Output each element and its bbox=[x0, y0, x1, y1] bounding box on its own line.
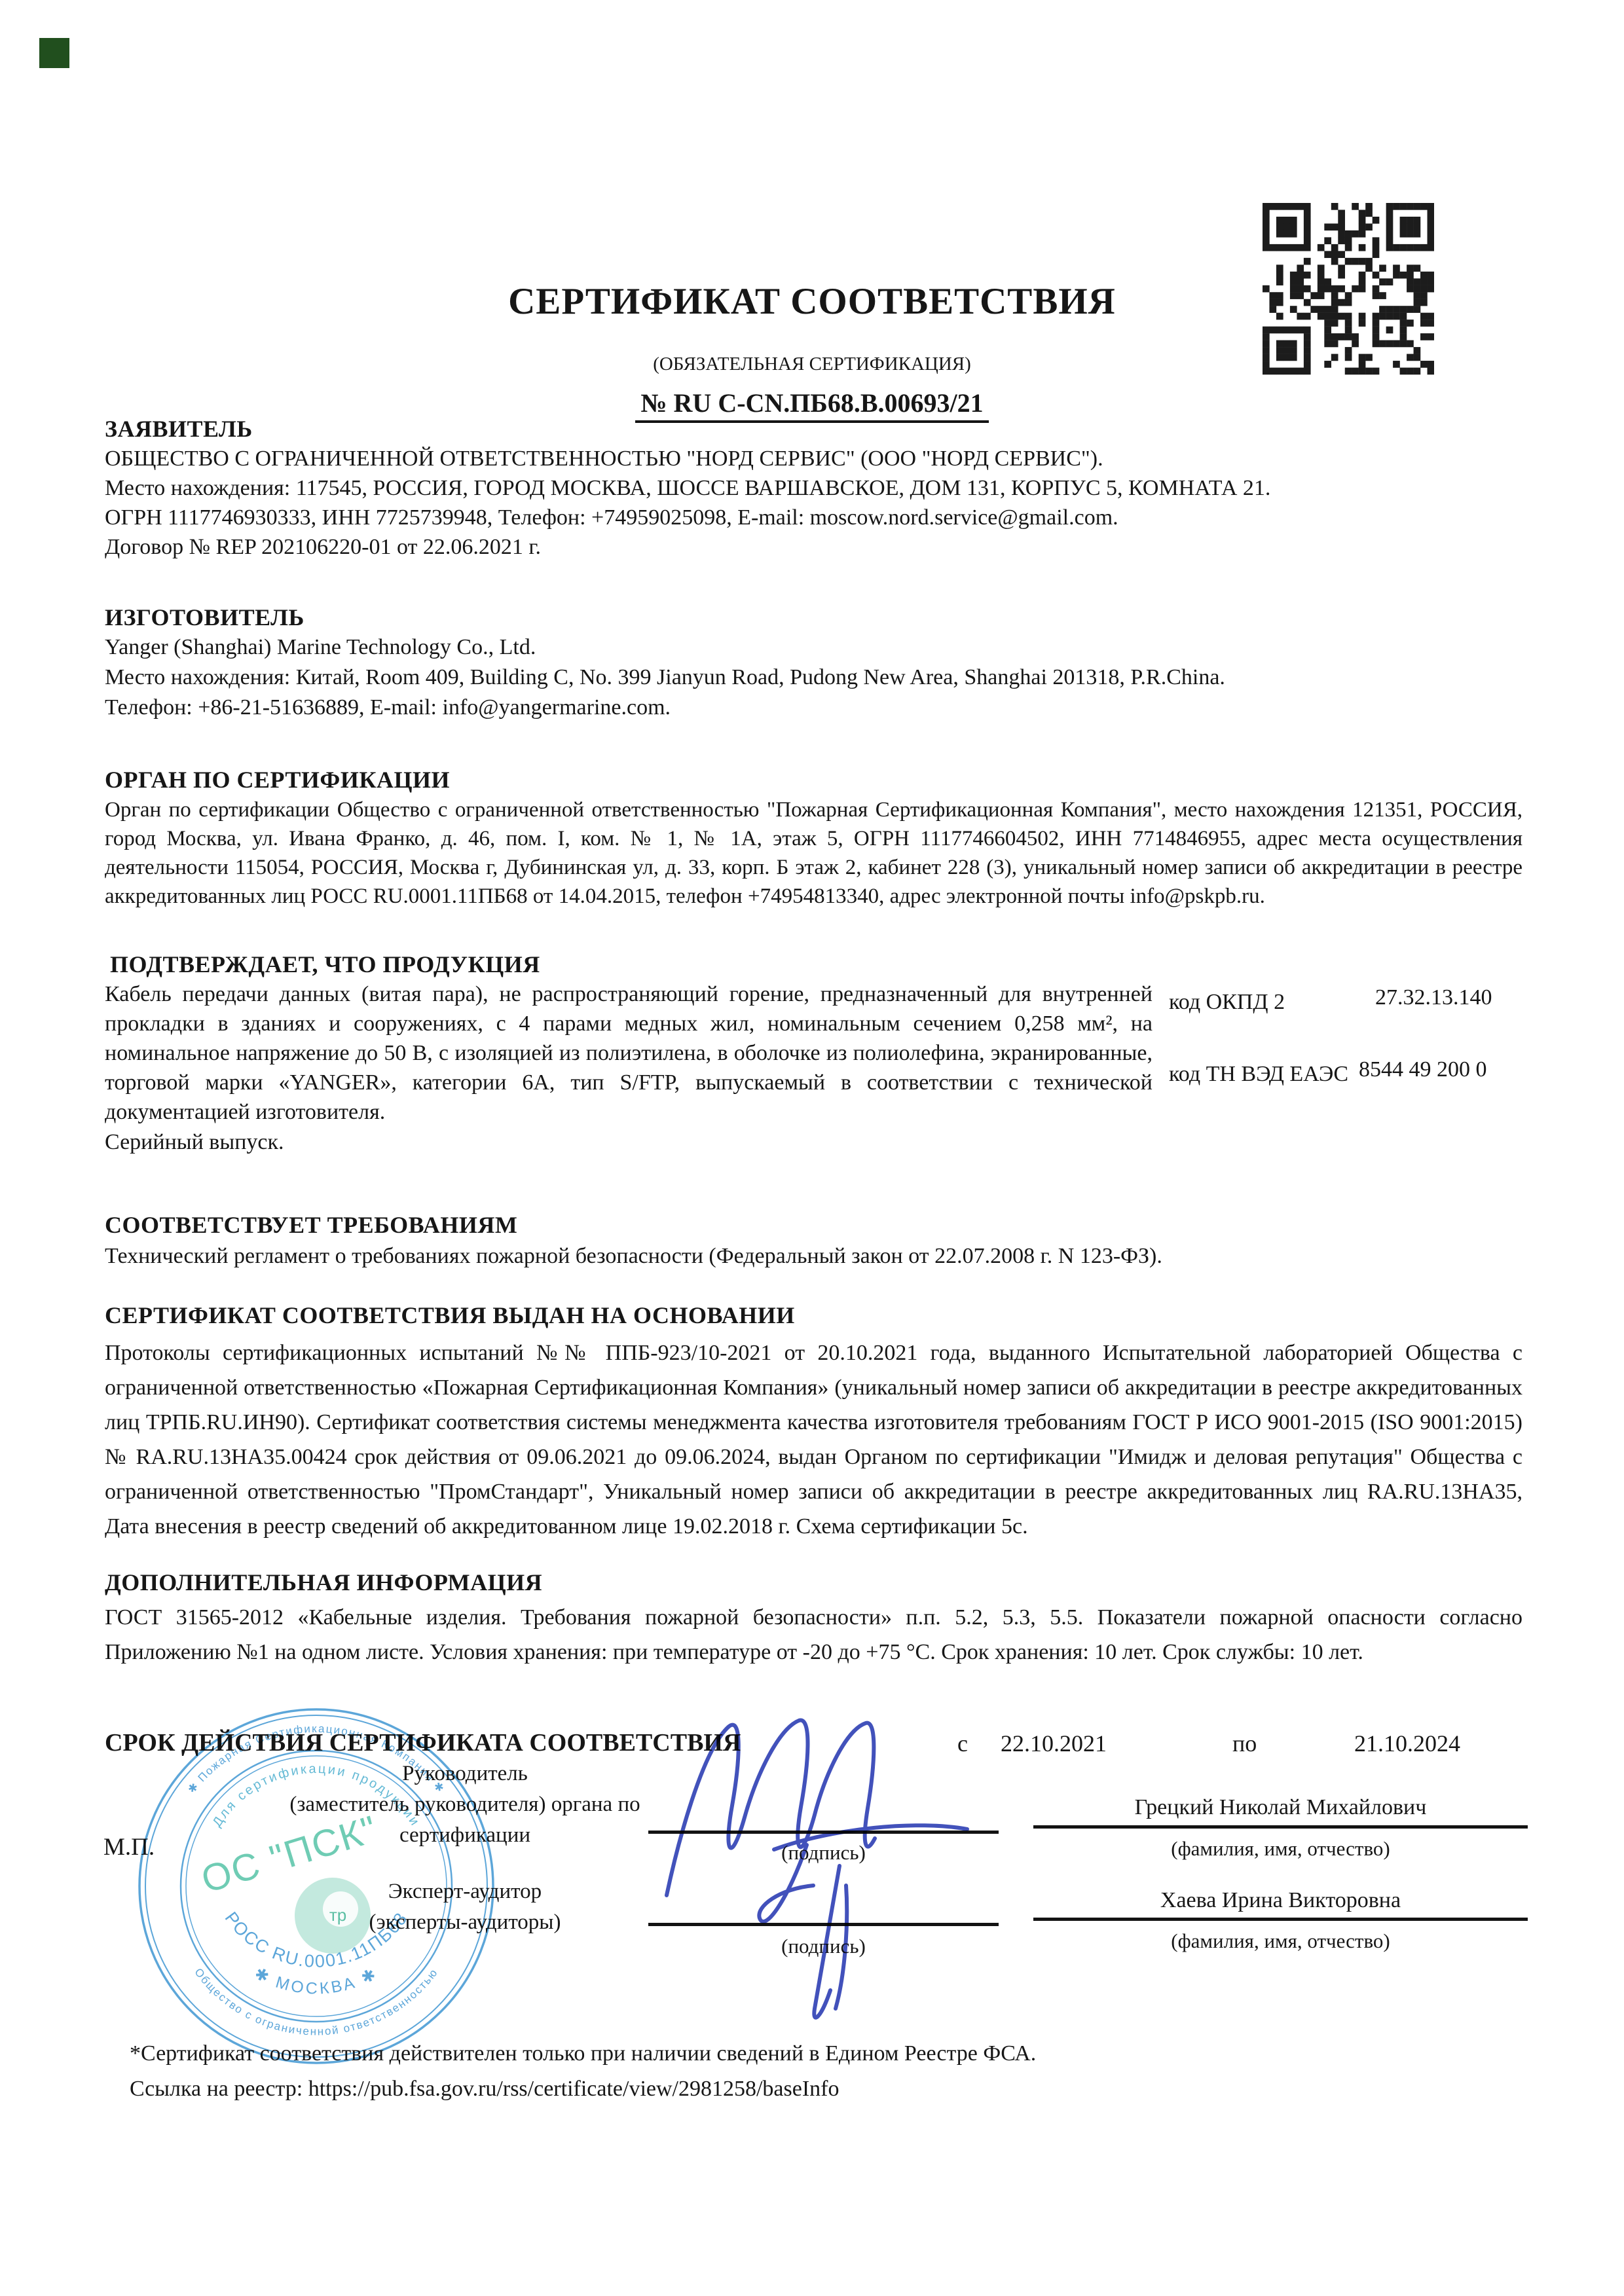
svg-text:Общество с ограниченной ответс: Общество с ограниченной ответственностью bbox=[192, 1966, 440, 2038]
validity-to-label: по bbox=[1232, 1730, 1257, 1757]
product-description: Кабель передачи данных (витая пара), не … bbox=[105, 979, 1153, 1127]
stamp-emblem-letters: тр bbox=[329, 1905, 346, 1925]
okpd-code-label: код ОКПД 2 bbox=[1169, 990, 1285, 1015]
expert-name-line bbox=[1033, 1918, 1528, 1921]
document-title: СЕРТИФИКАТ СООТВЕТСТВИЯ bbox=[0, 280, 1624, 323]
stamp-band-top-text: Для сертификации продукции bbox=[210, 1762, 422, 1830]
manufacturer-heading: ИЗГОТОВИТЕЛЬ bbox=[105, 604, 304, 631]
manufacturer-contacts: Телефон: +86-21-51636889, E-mail: info@y… bbox=[105, 693, 1526, 723]
additional-info-heading: ДОПОЛНИТЕЛЬНАЯ ИНФОРМАЦИЯ bbox=[105, 1569, 542, 1596]
svg-text:Для сертификации продукции: Для сертификации продукции bbox=[210, 1762, 422, 1830]
head-name: Грецкий Николай Михайлович bbox=[1033, 1795, 1528, 1820]
footer-registry-link[interactable]: Ссылка на реестр: https://pub.fsa.gov.ru… bbox=[130, 2077, 839, 2102]
manufacturer-address: Место нахождения: Китай, Room 409, Build… bbox=[105, 663, 1526, 693]
head-name-caption: (фамилия, имя, отчество) bbox=[1033, 1837, 1528, 1861]
applicant-registration: ОГРН 1117746930333, ИНН 7725739948, Теле… bbox=[105, 503, 1526, 532]
tnved-code-value: 8544 49 200 0 bbox=[1359, 1057, 1487, 1082]
round-stamp: ✱ Пожарная Сертификационная Компания ✱ О… bbox=[130, 1700, 503, 2073]
expert-signature-ink-2 bbox=[836, 1886, 847, 2009]
stamp-ring-top-text: ✱ Пожарная Сертификационная Компания ✱ bbox=[185, 1722, 447, 1796]
expert-signature-ink bbox=[814, 1866, 840, 2018]
head-signature-ink bbox=[667, 1721, 875, 1895]
basis-heading: СЕРТИФИКАТ СООТВЕТСТВИЯ ВЫДАН НА ОСНОВАН… bbox=[105, 1302, 795, 1329]
serial-production-note: Серийный выпуск. bbox=[105, 1130, 284, 1155]
additional-info-text: ГОСТ 31565-2012 «Кабельные изделия. Треб… bbox=[105, 1600, 1522, 1669]
compliance-heading: СООТВЕТСТВУЕТ ТРЕБОВАНИЯМ bbox=[105, 1211, 517, 1239]
expert-name: Хаева Ирина Викторовна bbox=[1033, 1888, 1528, 1913]
applicant-company: ОБЩЕСТВО С ОГРАНИЧЕННОЙ ОТВЕТСТВЕННОСТЬЮ… bbox=[105, 444, 1526, 473]
certification-body-text: Орган по сертификации Общество с огранич… bbox=[105, 795, 1522, 911]
okpd-code-value: 27.32.13.140 bbox=[1375, 985, 1492, 1010]
handwritten-signatures bbox=[609, 1683, 1067, 2049]
head-name-line bbox=[1033, 1825, 1528, 1829]
certificate-number-text: № RU С-CN.ПБ68.В.00693/21 bbox=[635, 388, 988, 423]
validity-to-date: 21.10.2024 bbox=[1354, 1730, 1460, 1757]
footer-validity-note: *Сертификат соответствия действителен то… bbox=[130, 2041, 1036, 2066]
certification-body-heading: ОРГАН ПО СЕРТИФИКАЦИИ bbox=[105, 766, 450, 793]
applicant-block: ОБЩЕСТВО С ОГРАНИЧЕННОЙ ОТВЕТСТВЕННОСТЬЮ… bbox=[105, 444, 1526, 562]
expert-name-caption: (фамилия, имя, отчество) bbox=[1033, 1929, 1528, 1953]
svg-text:✱ Пожарная Сертификационная Ко: ✱ Пожарная Сертификационная Компания ✱ bbox=[185, 1722, 447, 1796]
basis-text: Протоколы сертификационных испытаний №№ … bbox=[105, 1336, 1522, 1544]
certificate-page: СЕРТИФИКАТ СООТВЕТСТВИЯ (ОБЯЗАТЕЛЬНАЯ СЕ… bbox=[0, 0, 1624, 2296]
head-signature-tail bbox=[759, 1845, 813, 1922]
applicant-contract: Договор № REP 202106220-01 от 22.06.2021… bbox=[105, 532, 1526, 562]
print-corner-mark bbox=[39, 38, 69, 68]
product-heading: ПОДТВЕРЖДАЕТ, ЧТО ПРОДУКЦИЯ bbox=[110, 951, 540, 978]
applicant-address: Место нахождения: 117545, РОССИЯ, ГОРОД … bbox=[105, 473, 1526, 503]
compliance-text: Технический регламент о требованиях пожа… bbox=[105, 1241, 1526, 1271]
stamp-center-emblem: тр bbox=[295, 1878, 371, 1954]
stamp-ring-bottom-text: Общество с ограниченной ответственностью bbox=[192, 1966, 440, 2038]
document-subtitle: (ОБЯЗАТЕЛЬНАЯ СЕРТИФИКАЦИЯ) bbox=[0, 354, 1624, 375]
manufacturer-company: Yanger (Shanghai) Marine Technology Co.,… bbox=[105, 632, 1526, 663]
tnved-code-label: код ТН ВЭД ЕАЭС bbox=[1169, 1062, 1348, 1087]
applicant-heading: ЗАЯВИТЕЛЬ bbox=[105, 415, 253, 443]
manufacturer-block: Yanger (Shanghai) Marine Technology Co.,… bbox=[105, 632, 1526, 723]
